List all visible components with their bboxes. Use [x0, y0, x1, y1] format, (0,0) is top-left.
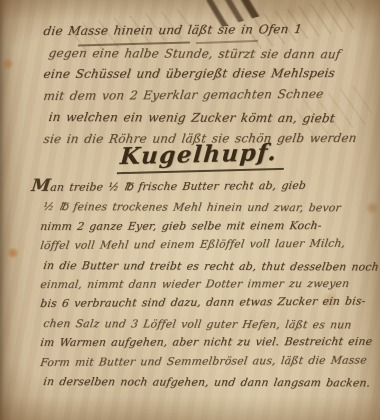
recipe-paragraph: Man treibe ½ ℔ frische Butter recht ab, …: [30, 177, 370, 391]
handwritten-line: Form mit Butter und Semmelbrösel aus, lä…: [39, 350, 373, 372]
handwritten-line: in welchen ein wenig Zucker kömt an, gie…: [47, 107, 369, 130]
handwritten-line: im Warmen aufgehen, aber nicht zu viel. …: [39, 332, 373, 353]
handwritten-line: mit dem von 2 Eyerklar gemachten Schnee: [42, 83, 369, 107]
handwritten-line: löffel voll Mehl und einem Eßlöffel voll…: [39, 234, 373, 256]
intro-paragraph: die Masse hinein und läßt sie in Ofen 1 …: [42, 21, 366, 151]
handwritten-line: bis 6 verbraucht sind dazu, dann etwas Z…: [39, 292, 373, 314]
handwritten-line: die Masse hinein und läßt sie in Ofen 1: [42, 18, 369, 42]
manuscript-page: die Masse hinein und läßt sie in Ofen 1 …: [0, 0, 380, 420]
handwritten-line: Man treibe ½ ℔ frische Butter recht ab, …: [30, 174, 373, 197]
recipe-title: Kugelhupf.: [117, 139, 287, 174]
handwritten-line: in derselben noch aufgehen, und dann lan…: [42, 372, 373, 393]
handwritten-line: eine Schüssel und übergießt diese Mehlsp…: [42, 63, 369, 86]
